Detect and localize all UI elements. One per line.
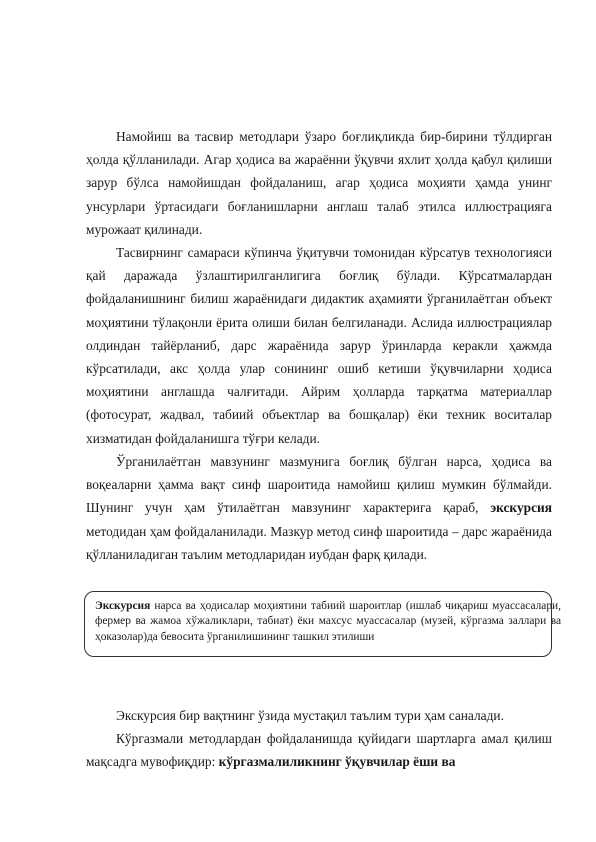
definition-box: Экскурсия нарса ва ҳодисалар моҳиятини т…	[84, 591, 552, 657]
paragraph-text: Ўрганилаётган мавзунинг мазмунига боғлиқ…	[86, 454, 552, 515]
document-page: Намойиш ва тасвир методлари ўзаро боғлиқ…	[0, 0, 596, 842]
paragraph-demonstration-methods: Намойиш ва тасвир методлари ўзаро боғлиқ…	[86, 125, 552, 241]
paragraph-text: Экскурсия бир вақтнинг ўзида мустақил та…	[116, 708, 504, 723]
paragraph-text: Намойиш ва тасвир методлари ўзаро боғлиқ…	[86, 129, 552, 237]
paragraph-excursion-method: Ўрганилаётган мавзунинг мазмунига боғлиқ…	[86, 450, 552, 566]
definition-term: Экскурсия	[95, 600, 150, 612]
paragraph-text: методидан ҳам фойдаланилади. Мазкур мето…	[86, 524, 552, 562]
bold-condition: кўргазмалиликнинг ўқувчилар ёши ва	[219, 754, 456, 769]
definition-text: Экскурсия нарса ва ҳодисалар моҳиятини т…	[95, 599, 561, 645]
bold-term-excursion: экскурсия	[490, 500, 552, 515]
paragraph-visual-methods-conditions: Кўргазмали методлардан фойдаланишда қуйи…	[86, 727, 552, 773]
definition-body: нарса ва ҳодисалар моҳиятини табиий шаро…	[95, 600, 561, 643]
paragraph-illustration-effectiveness: Тасвирнинг самараси кўпинча ўқитувчи том…	[86, 241, 552, 450]
paragraph-text: Тасвирнинг самараси кўпинча ўқитувчи том…	[86, 245, 552, 446]
paragraph-excursion-independent: Экскурсия бир вақтнинг ўзида мустақил та…	[86, 704, 552, 727]
